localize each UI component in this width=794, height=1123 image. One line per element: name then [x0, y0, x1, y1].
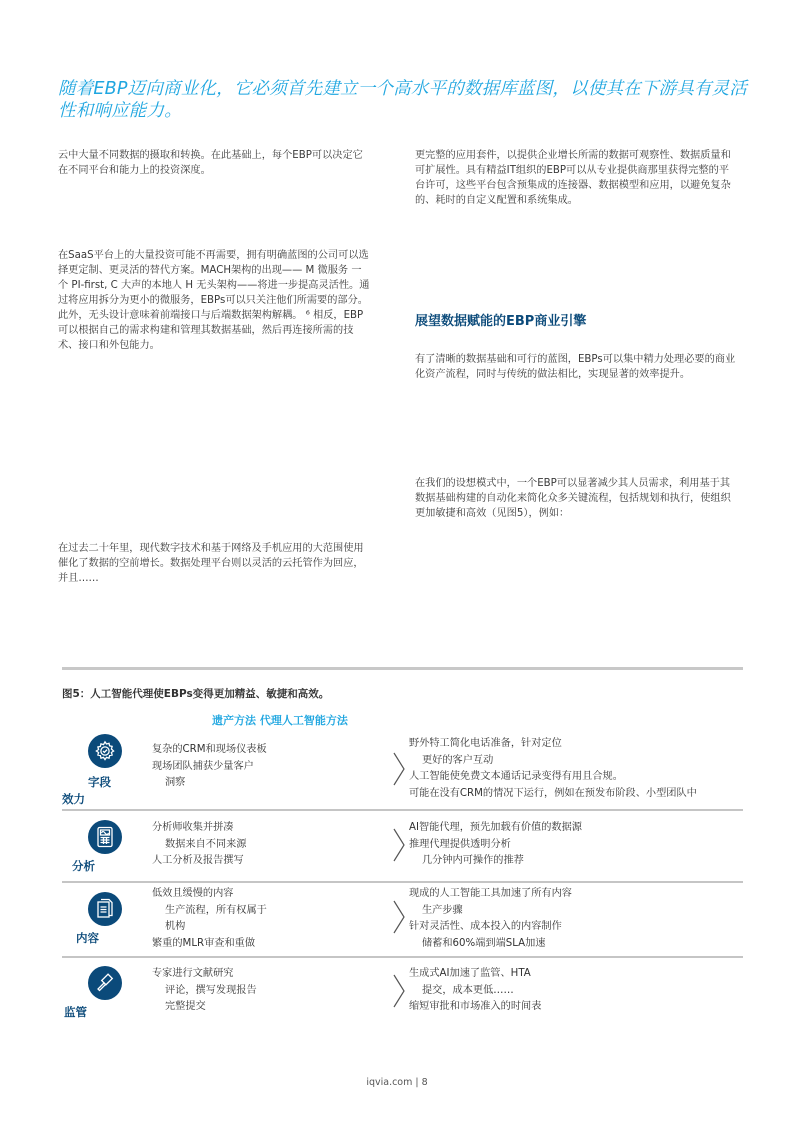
- ai-line: 现成的人工智能工具加速了所有内容: [409, 886, 572, 903]
- calculator-icon: [88, 820, 122, 854]
- legacy-cell-regulatory: 专家进行文献研究 评论，撰写发现报告 完整提交: [152, 966, 257, 1016]
- gear-check-icon: [88, 734, 122, 768]
- chevron-right-icon: [392, 974, 406, 1008]
- right-paragraph-1: 更完整的应用套件，以提供企业增长所需的数据可观察性、数据质量和可扩展性。具有精益…: [415, 148, 737, 208]
- figure-row-analytics: 分析 分析师收集并拼凑 数据来自不同来源 人工分析及报告撰写 AI智能代理，预先…: [62, 820, 743, 882]
- page-headline: 随着EBP迈向商业化，它必须首先建立一个高水平的数据库蓝图，以使其在下游具有灵活…: [58, 78, 748, 122]
- row-label-analytics: 分析: [72, 858, 95, 874]
- chevron-right-icon: [392, 828, 406, 862]
- ai-line: 可能在没有CRM的情况下运行，例如在预发布阶段、小型团队中: [409, 786, 697, 803]
- legacy-line: 机构: [152, 919, 267, 936]
- row-label-field: 字段: [88, 774, 111, 790]
- row-label-content: 内容: [76, 930, 99, 946]
- legacy-cell-analytics: 分析师收集并拼凑 数据来自不同来源 人工分析及报告撰写: [152, 820, 247, 870]
- left-paragraph-3: 在过去二十年里，现代数字技术和基于网络及手机应用的大范围使用催化了数据的空前增长…: [58, 541, 370, 586]
- chevron-right-icon: [392, 752, 406, 786]
- ai-line: AI智能代理，预先加载有价值的数据源: [409, 820, 582, 837]
- ai-line: 几分钟内可操作的推荐: [409, 853, 582, 870]
- legacy-line: 专家进行文献研究: [152, 966, 257, 983]
- legacy-cell-field: 复杂的CRM和现场仪表板 现场团队捕获少量客户 洞察: [152, 742, 267, 792]
- figure-row-field: 字段 效力 复杂的CRM和现场仪表板 现场团队捕获少量客户 洞察 野外特工简化电…: [62, 734, 743, 810]
- page-footer: iqvia.com | 8: [0, 1077, 794, 1088]
- row-divider: [62, 956, 743, 958]
- figure-caption: 图5：人工智能代理使EBPs变得更加精益、敏捷和高效。: [62, 686, 329, 701]
- figure-row-content: 内容 低效且缓慢的内容 生产流程，所有权属于 机构 繁重的MLR审查和重做 现成…: [62, 886, 743, 956]
- legacy-line: 分析师收集并拼凑: [152, 820, 247, 837]
- ai-cell-content: 现成的人工智能工具加速了所有内容 生产步骤 针对灵活性、成本投入的内容制作 储蓄…: [409, 886, 572, 952]
- row-label-regulatory: 监管: [64, 1004, 87, 1020]
- legacy-line: 繁重的MLR审查和重做: [152, 936, 267, 953]
- figure-column-legend: 遗产方法 代理人工智能方法: [212, 712, 348, 728]
- figure-divider: [62, 667, 743, 670]
- legacy-line: 洞察: [152, 775, 267, 792]
- legacy-line: 数据来自不同来源: [152, 837, 247, 854]
- row-divider: [62, 809, 743, 811]
- legacy-line: 低效且缓慢的内容: [152, 886, 267, 903]
- right-paragraph-3: 在我们的设想模式中，一个EBP可以显著减少其人员需求，利用基于其数据基础构建的自…: [415, 476, 737, 521]
- section-subheading: 展望数据赋能的EBP商业引擎: [415, 310, 737, 329]
- legacy-line: 复杂的CRM和现场仪表板: [152, 742, 267, 759]
- legacy-line: 现场团队捕获少量客户: [152, 759, 267, 776]
- legacy-line: 评论，撰写发现报告: [152, 983, 257, 1000]
- legacy-line: 人工分析及报告撰写: [152, 853, 247, 870]
- ai-line: 人工智能使免费文本通话记录变得有用且合规。: [409, 769, 697, 786]
- legacy-cell-content: 低效且缓慢的内容 生产流程，所有权属于 机构 繁重的MLR审查和重做: [152, 886, 267, 952]
- ai-line: 针对灵活性、成本投入的内容制作: [409, 919, 572, 936]
- ai-cell-regulatory: 生成式AI加速了监管、HTA 提交，成本更低…… 缩短审批和市场准入的时间表: [409, 966, 541, 1016]
- ai-line: 缩短审批和市场准入的时间表: [409, 999, 541, 1016]
- ai-line: 生成式AI加速了监管、HTA: [409, 966, 541, 983]
- row-divider: [62, 881, 743, 883]
- row-label-effectiveness: 效力: [62, 791, 85, 807]
- gavel-icon: [88, 966, 122, 1000]
- ai-line: 提交，成本更低……: [409, 983, 541, 1000]
- ai-cell-analytics: AI智能代理，预先加载有价值的数据源 推理代理提供透明分析 几分钟内可操作的推荐: [409, 820, 582, 870]
- left-paragraph-2: 在SaaS平台上的大量投资可能不再需要，拥有明确蓝图的公司可以选择更定制、更灵活…: [58, 248, 370, 353]
- ai-line: 更好的客户互动: [409, 753, 697, 770]
- documents-icon: [88, 892, 122, 926]
- figure-row-regulatory: 监管 专家进行文献研究 评论，撰写发现报告 完整提交 生成式AI加速了监管、HT…: [62, 966, 743, 1026]
- ai-line: 推理代理提供透明分析: [409, 837, 582, 854]
- left-paragraph-1: 云中大量不同数据的摄取和转换。在此基础上，每个EBP可以决定它在不同平台和能力上…: [58, 148, 370, 178]
- chevron-right-icon: [392, 900, 406, 934]
- right-paragraph-2: 有了清晰的数据基础和可行的蓝图，EBPs可以集中精力处理必要的商业化资产流程，同…: [415, 352, 737, 382]
- ai-line: 生产步骤: [409, 903, 572, 920]
- legacy-line: 完整提交: [152, 999, 257, 1016]
- ai-cell-field: 野外特工简化电话准备，针对定位 更好的客户互动 人工智能使免费文本通话记录变得有…: [409, 736, 697, 802]
- ai-line: 野外特工简化电话准备，针对定位: [409, 736, 697, 753]
- legacy-line: 生产流程，所有权属于: [152, 903, 267, 920]
- ai-line: 储蓄和60%端到端SLA加速: [409, 936, 572, 953]
